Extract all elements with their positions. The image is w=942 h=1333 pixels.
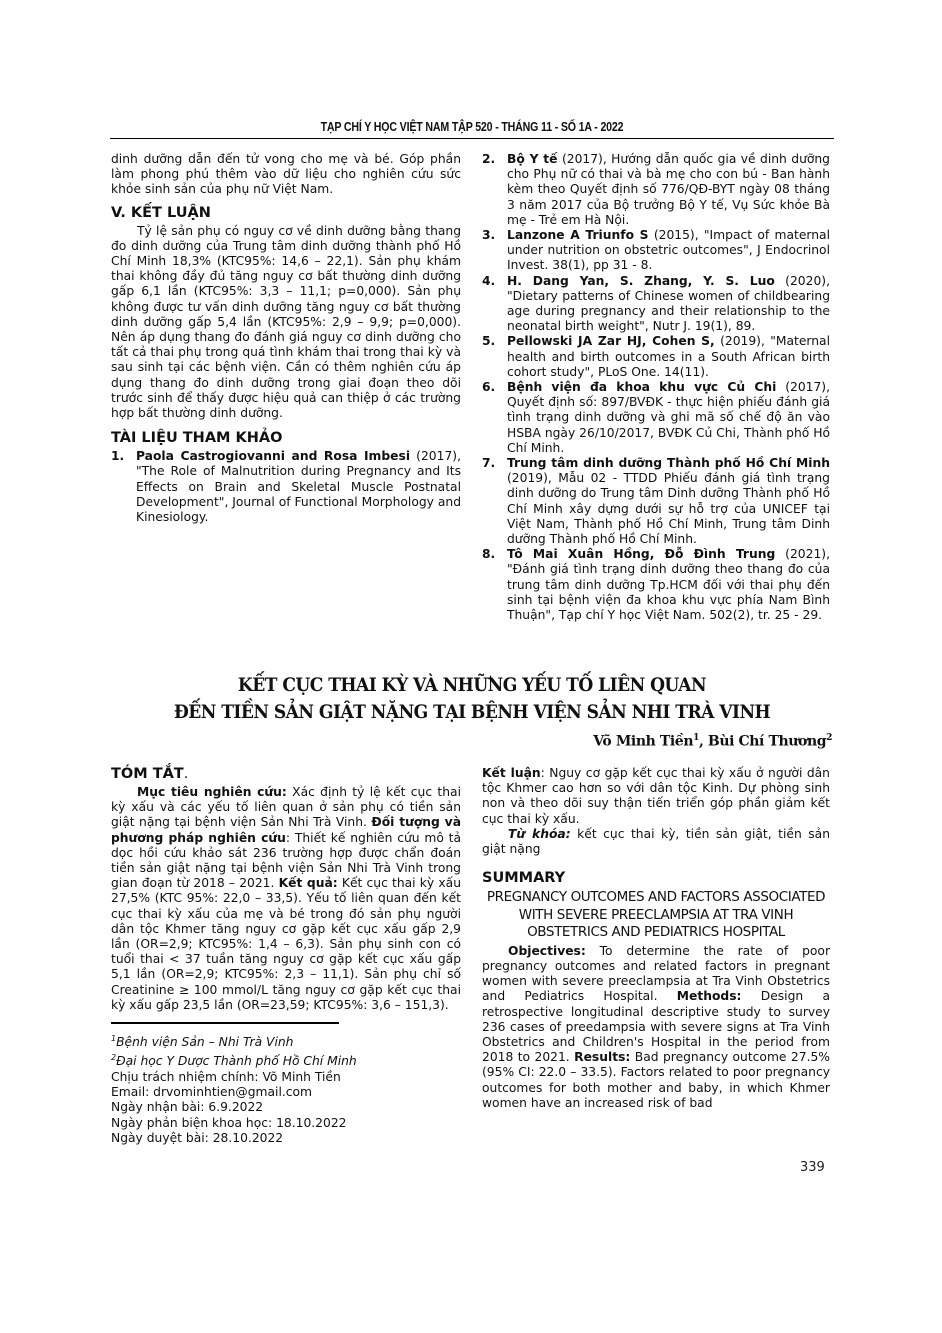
- results-label-en: Results:: [574, 1050, 630, 1064]
- author-1: Võ Minh Tiền: [593, 734, 693, 750]
- reference-authors: H. Dang Yan, S. Zhang, Y. S. Luo: [507, 274, 775, 288]
- reference-authors: Bộ Y tế: [507, 152, 558, 166]
- reference-item: 7. Trung tâm dinh dưỡng Thành phố Hồ Chí…: [482, 456, 830, 547]
- results-label: Kết quả:: [279, 876, 338, 890]
- reference-item: 2. Bộ Y tế (2017), Hướng dẫn quốc gia về…: [482, 152, 830, 228]
- article-authors: Võ Minh Tiền1, Bùi Chí Thương2: [593, 733, 832, 750]
- discussion-tail: dinh dưỡng dẫn đến tử vong cho mẹ và bé.…: [111, 152, 461, 198]
- reference-item: 6. Bệnh viện đa khoa khu vực Củ Chi (201…: [482, 380, 830, 456]
- approved-date: Ngày duyệt bài: 28.10.2022: [111, 1131, 461, 1146]
- article-title-line-1: KẾT CỤC THAI KỲ VÀ NHỮNG YẾU TỐ LIÊN QUA…: [146, 672, 798, 699]
- journal-header: TẠP CHÍ Y HỌC VIỆT NAM TẬP 520 - THÁNG 1…: [164, 120, 779, 134]
- reference-number: 7.: [482, 456, 495, 471]
- received-date: Ngày nhận bài: 6.9.2022: [111, 1100, 461, 1115]
- reference-number: 1.: [111, 449, 124, 464]
- summary-heading: SUMMARY: [482, 869, 830, 887]
- references-list-right: 2. Bộ Y tế (2017), Hướng dẫn quốc gia về…: [482, 152, 830, 623]
- reference-text: (2019), Mẫu 02 - TTDD Phiếu đánh giá tìn…: [507, 471, 830, 546]
- author-separator: ,: [699, 734, 708, 750]
- abstract-continued-and-summary: Kết luận: Nguy cơ gặp kết cục thai kỳ xấ…: [482, 766, 830, 1111]
- affiliation-2: 2Đại học Y Dược Thành phố Hồ Chí Minh: [111, 1050, 461, 1069]
- footnote-divider: [111, 1022, 339, 1024]
- references-heading: TÀI LIỆU THAM KHẢO: [111, 429, 461, 447]
- reference-number: 5.: [482, 334, 495, 349]
- responsible-author: Chịu trách nhiệm chính: Võ Minh Tiền: [111, 1070, 461, 1085]
- author-2-affiliation: 2: [826, 733, 832, 743]
- reference-authors: Pellowski JA Zar HJ, Cohen S,: [507, 334, 715, 348]
- conclusion-heading: V. KẾT LUẬN: [111, 204, 461, 222]
- article-title-line-2: ĐẾN TIỀN SẢN GIẬT NẶNG TẠI BỆNH VIỆN SẢN…: [146, 699, 798, 726]
- reference-number: 2.: [482, 152, 495, 167]
- reference-authors: Trung tâm dinh dưỡng Thành phố Hồ Chí Mi…: [507, 456, 830, 470]
- references-list-left: 1. Paola Castrogiovanni and Rosa Imbesi …: [111, 449, 461, 525]
- abstract-heading: TÓM TẮT.: [111, 765, 461, 783]
- abstract-body: Mục tiêu nghiên cứu: Xác định tỷ lệ kết …: [111, 785, 461, 1013]
- summary-body: Objectives: To determine the rate of poo…: [482, 944, 830, 1111]
- email: Email: drvominhtien@gmail.com: [111, 1085, 461, 1100]
- reviewed-date: Ngày phản biện khoa học: 18.10.2022: [111, 1116, 461, 1131]
- objective-label: Mục tiêu nghiên cứu:: [137, 785, 287, 799]
- article-title: KẾT CỤC THAI KỲ VÀ NHỮNG YẾU TỐ LIÊN QUA…: [110, 672, 834, 726]
- conclusion-label: Kết luận: [482, 766, 541, 780]
- summary-title: PREGNANCY OUTCOMES AND FACTORS ASSOCIATE…: [482, 889, 830, 942]
- conclusion-text: Tỷ lệ sản phụ có nguy cơ về dinh dưỡng b…: [111, 224, 461, 422]
- abstract-vi: TÓM TẮT. Mục tiêu nghiên cứu: Xác định t…: [111, 765, 461, 1013]
- abstract-heading-dot: .: [184, 766, 189, 782]
- reference-number: 3.: [482, 228, 495, 243]
- keywords-label: Từ khóa:: [508, 827, 571, 841]
- affiliation-1: 1Bệnh viện Sản – Nhi Trà Vinh: [111, 1031, 461, 1050]
- reference-number: 4.: [482, 274, 495, 289]
- reference-item: 8. Tô Mai Xuân Hồng, Đỗ Đình Trung (2021…: [482, 547, 830, 623]
- reference-item: 1. Paola Castrogiovanni and Rosa Imbesi …: [111, 449, 461, 525]
- reference-authors: Tô Mai Xuân Hồng, Đỗ Đình Trung: [507, 547, 775, 561]
- affiliation-2-text: Đại học Y Dược Thành phố Hồ Chí Minh: [116, 1054, 357, 1068]
- footnotes: 1Bệnh viện Sản – Nhi Trà Vinh 2Đại học Y…: [111, 1031, 461, 1146]
- prev-article-right-column: 2. Bộ Y tế (2017), Hướng dẫn quốc gia về…: [482, 152, 830, 623]
- methods-label-en: Methods:: [677, 989, 742, 1003]
- affiliation-1-text: Bệnh viện Sản – Nhi Trà Vinh: [116, 1035, 293, 1049]
- reference-authors: Bệnh viện đa khoa khu vực Củ Chi: [507, 380, 776, 394]
- keywords: Từ khóa: kết cục thai kỳ, tiền sản giật,…: [482, 827, 830, 857]
- page-number: 339: [800, 1160, 825, 1175]
- abstract-continuation: Kết luận: Nguy cơ gặp kết cục thai kỳ xấ…: [482, 766, 830, 827]
- reference-item: 4. H. Dang Yan, S. Zhang, Y. S. Luo (202…: [482, 274, 830, 335]
- objectives-label: Objectives:: [508, 944, 586, 958]
- prev-article-left-column: dinh dưỡng dẫn đến tử vong cho mẹ và bé.…: [111, 152, 461, 525]
- results-text: Kết cục thai kỳ xấu 27,5% (KTC 95%: 22,0…: [111, 876, 461, 1012]
- reference-authors: Paola Castrogiovanni and Rosa Imbesi: [136, 449, 410, 463]
- author-2: Bùi Chí Thương: [708, 734, 826, 750]
- reference-authors: Lanzone A Triunfo S: [507, 228, 649, 242]
- reference-number: 6.: [482, 380, 495, 395]
- reference-number: 8.: [482, 547, 495, 562]
- header-divider: [110, 138, 834, 139]
- reference-item: 3. Lanzone A Triunfo S (2015), "Impact o…: [482, 228, 830, 274]
- abstract-heading-text: TÓM TẮT: [111, 766, 184, 782]
- reference-item: 5. Pellowski JA Zar HJ, Cohen S, (2019),…: [482, 334, 830, 380]
